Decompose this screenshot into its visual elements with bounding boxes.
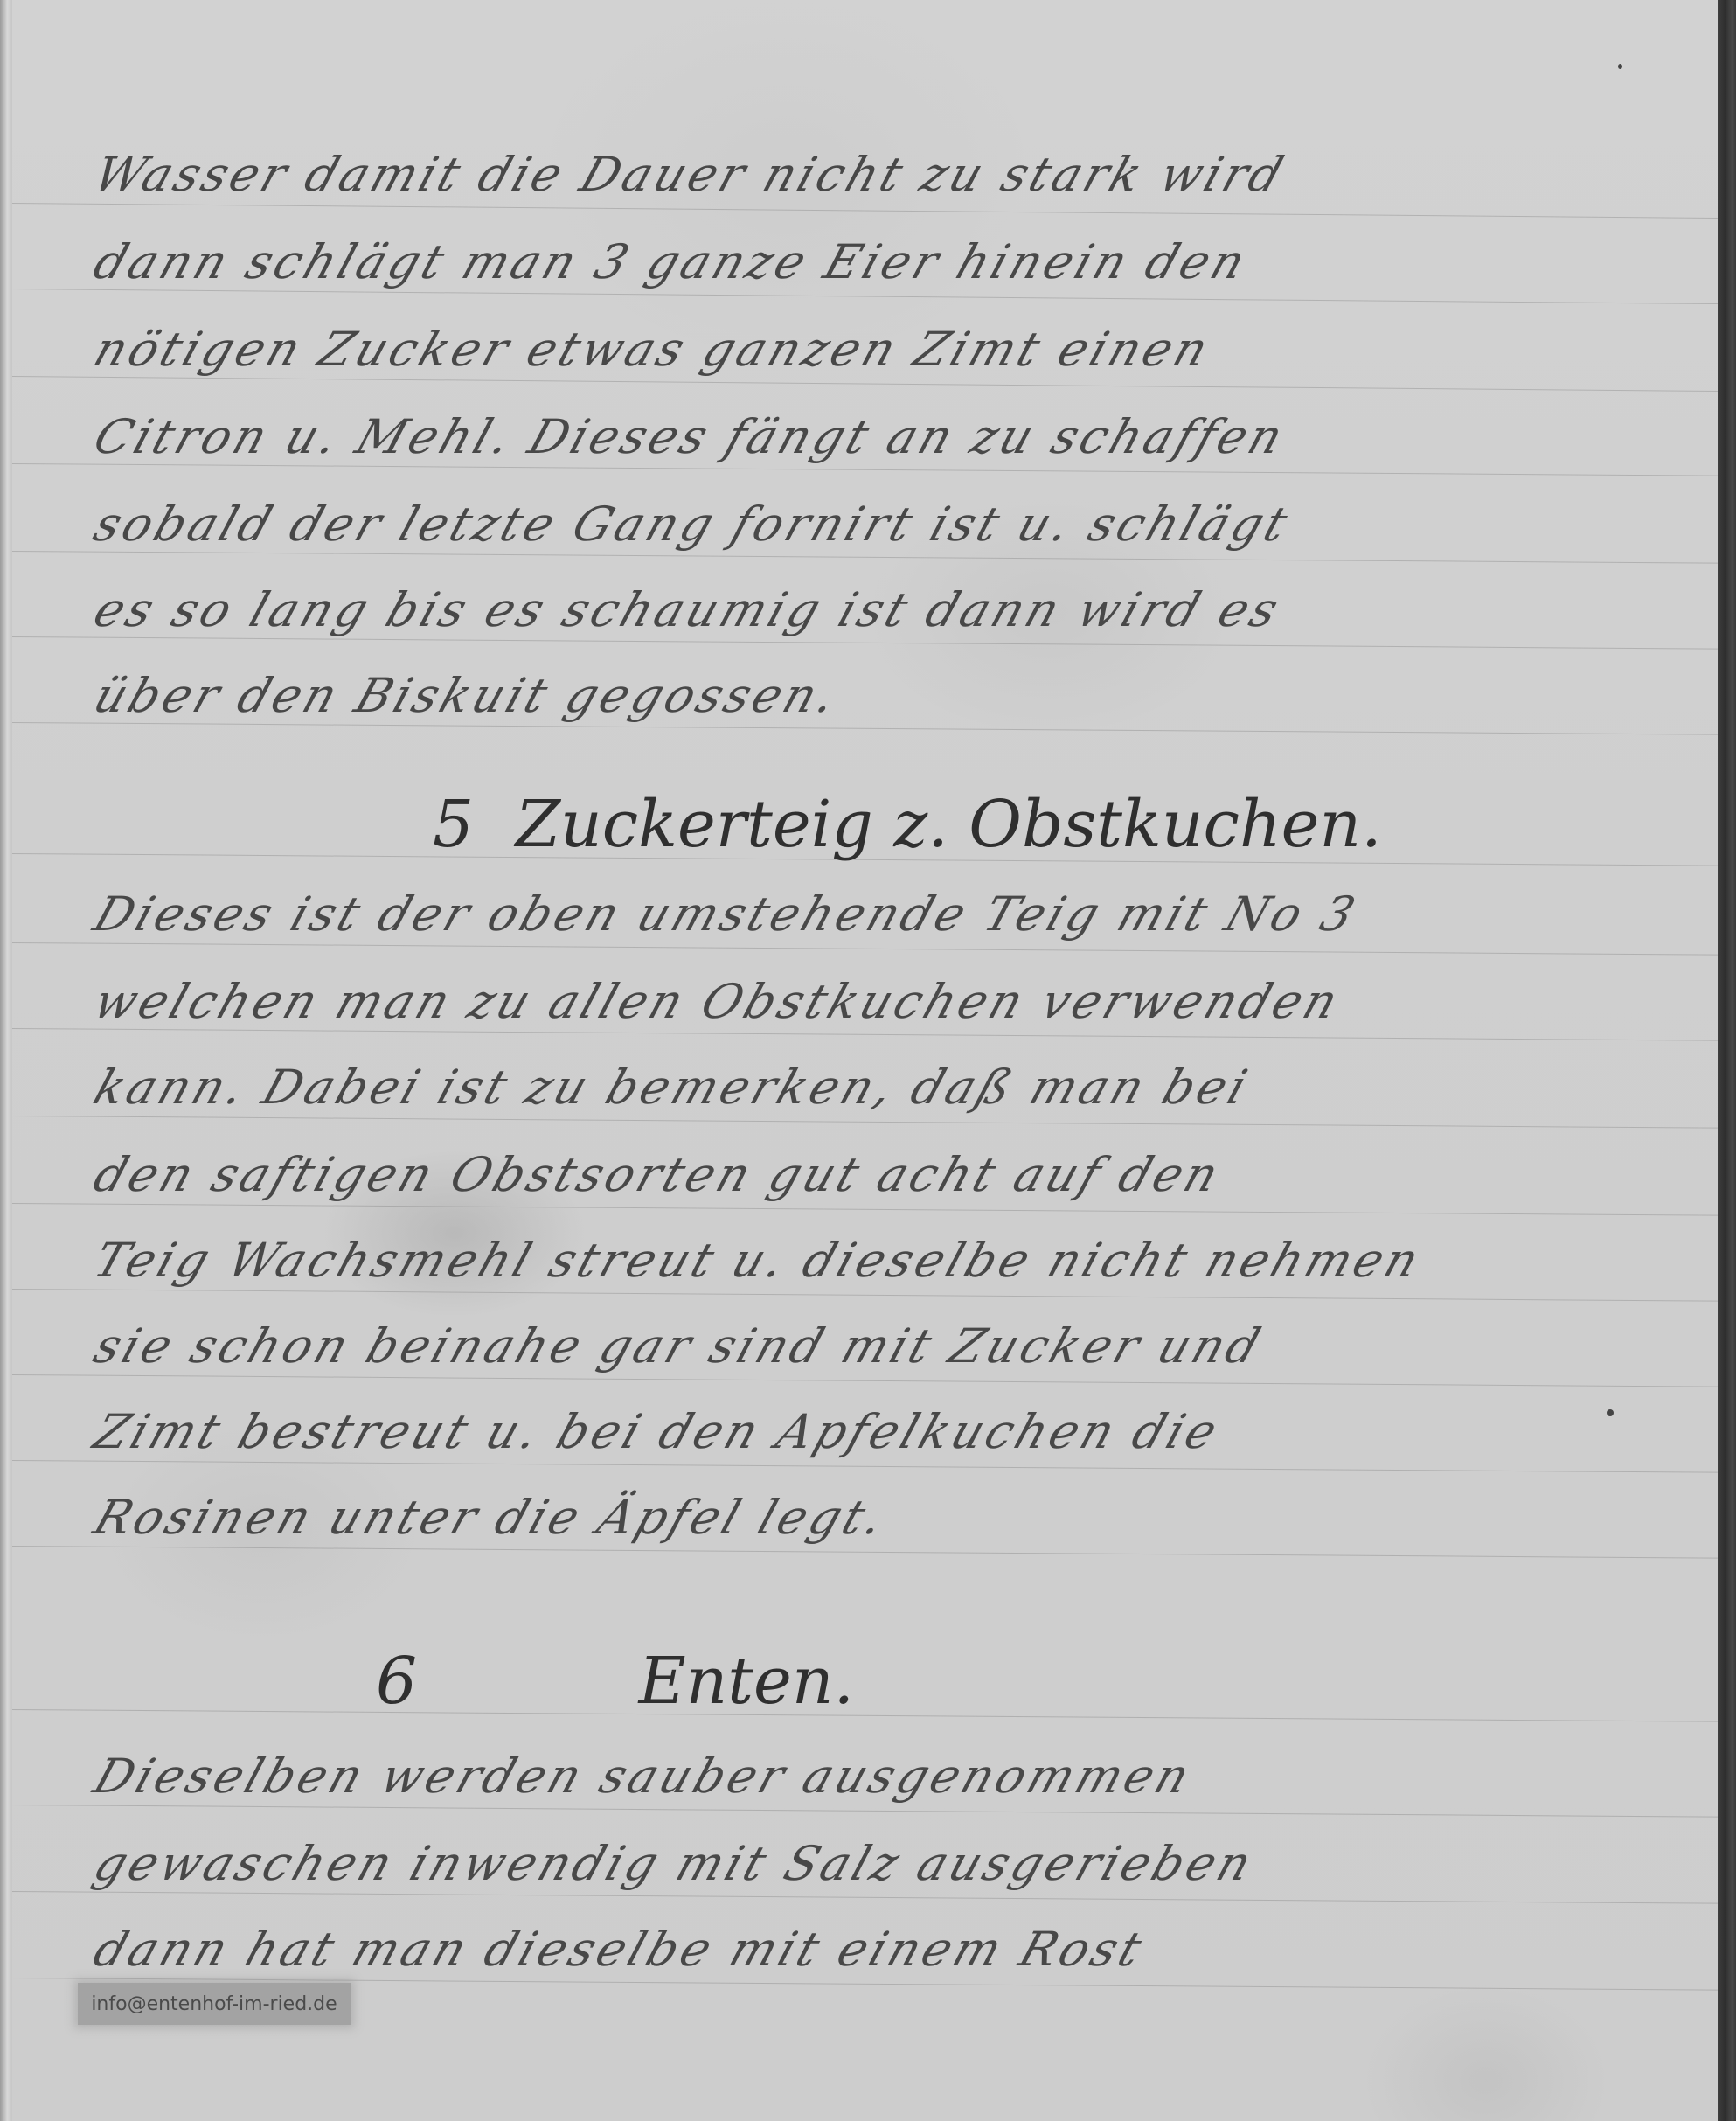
handwritten-line: dann hat man dieselbe mit einem Rost: [87, 1922, 1678, 1977]
ruled-line: [12, 1805, 1718, 1818]
page-left-edge: [0, 0, 12, 2121]
ruled-line: [12, 1891, 1718, 1904]
handwritten-line: Dieselben werden sauber ausgenommen: [87, 1749, 1678, 1804]
handwritten-line: Wasser damit die Dauer nicht zu stark wi…: [87, 147, 1678, 202]
handwritten-line: den saftigen Obstsorten gut acht auf den: [87, 1147, 1678, 1202]
handwritten-line: es so lang bis es schaumig ist dann wird…: [87, 582, 1678, 637]
document-page: Wasser damit die Dauer nicht zu stark wi…: [0, 0, 1718, 2121]
handwritten-line: kann. Dabei ist zu bemerken, daß man bei: [87, 1060, 1678, 1115]
ruled-line: [12, 463, 1718, 476]
section-title: Enten.: [639, 1644, 854, 1719]
ruled-line: [12, 636, 1718, 650]
handwritten-line: Zimt bestreut u. bei den Apfelkuchen die: [87, 1404, 1678, 1459]
handwritten-line: nötigen Zucker etwas ganzen Zimt einen: [87, 322, 1678, 377]
book-binding-edge: [1718, 0, 1736, 2121]
section-number: 6: [376, 1644, 417, 1719]
section-5-heading: 5 Zuckerteig z. Obstkuchen.: [433, 787, 1382, 862]
ruled-line: [12, 376, 1718, 392]
section-title: Zuckerteig z. Obstkuchen.: [516, 787, 1382, 862]
section-number: 5: [433, 787, 474, 862]
watermark-email: info@entenhof-im-ried.de: [78, 1983, 351, 2025]
ruled-line: [12, 1460, 1718, 1473]
ruled-line: [12, 942, 1718, 956]
handwritten-line: Dieses ist der oben umstehende Teig mit …: [87, 887, 1678, 942]
section-6-heading: 6 Enten.: [376, 1644, 854, 1719]
ruled-line: [12, 289, 1718, 304]
watermark-text: info@entenhof-im-ried.de: [91, 1993, 337, 2015]
ruled-line: [12, 551, 1718, 564]
ink-spot: [1618, 64, 1622, 69]
ruled-line: [12, 1203, 1718, 1216]
ruled-line: [12, 1709, 1718, 1722]
ruled-line: [12, 1289, 1718, 1302]
ruled-line: [12, 1374, 1718, 1387]
handwritten-line: sobald der letzte Gang fornirt ist u. sc…: [87, 497, 1678, 552]
handwritten-line: Teig Wachsmehl streut u. dieselbe nicht …: [87, 1233, 1678, 1288]
ink-spot: [1607, 1409, 1614, 1416]
ruled-line: [12, 1028, 1718, 1041]
handwritten-line: über den Biskuit gegossen.: [87, 668, 1678, 723]
ruled-line: [12, 203, 1718, 219]
handwritten-line: welchen man zu allen Obstkuchen verwende…: [87, 974, 1678, 1029]
handwritten-line: Rosinen unter die Äpfel legt.: [87, 1490, 1678, 1545]
handwritten-line: Citron u. Mehl. Dieses fängt an zu schaf…: [87, 409, 1678, 464]
ruled-line: [12, 1116, 1718, 1129]
ruled-line: [12, 1546, 1718, 1559]
handwritten-line: sie schon beinahe gar sind mit Zucker un…: [87, 1318, 1678, 1373]
handwritten-line: gewaschen inwendig mit Salz ausgerieben: [87, 1836, 1678, 1891]
handwritten-line: dann schlägt man 3 ganze Eier hinein den: [87, 234, 1678, 289]
ruled-line: [12, 722, 1718, 735]
